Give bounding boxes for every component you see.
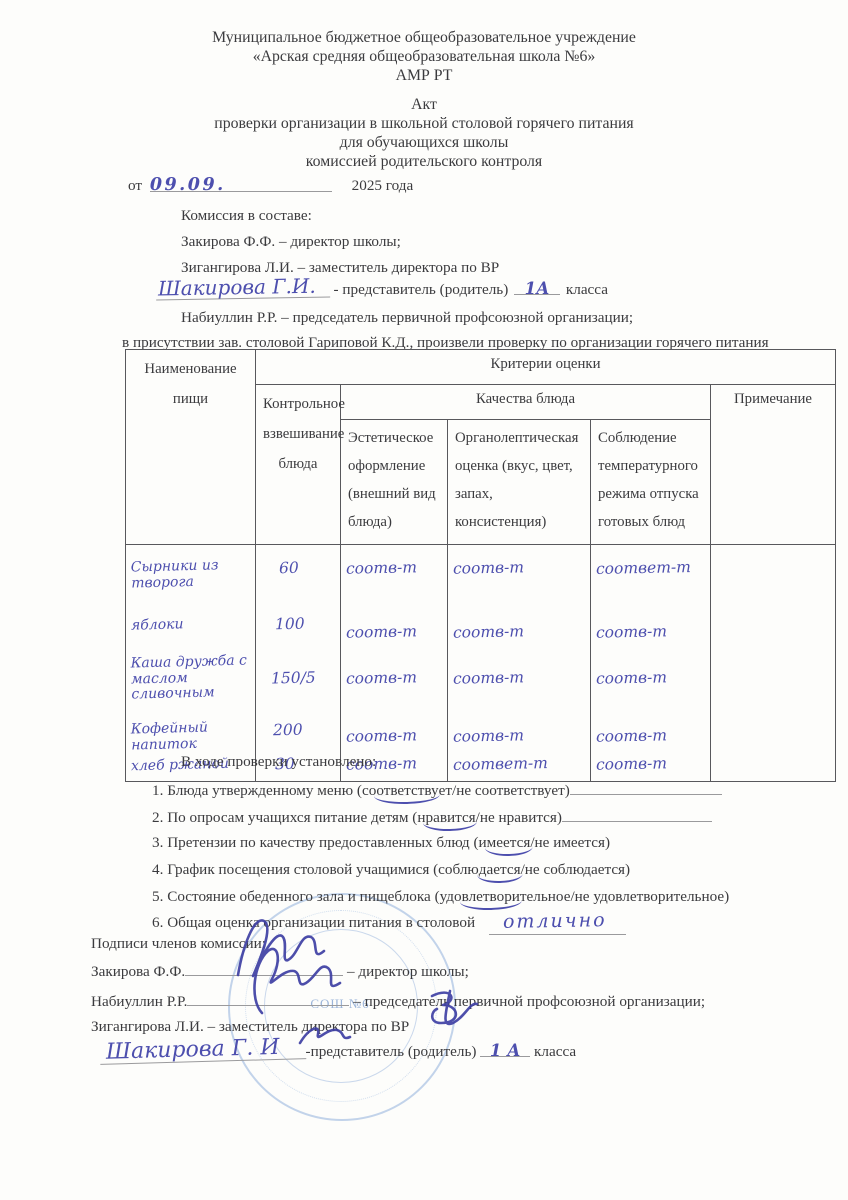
finding-text: 2. По опросам учащихся питание детям (н	[152, 809, 425, 826]
dish-column-cell: Сырники из творога яблоки Каша дружба с …	[126, 545, 256, 782]
signer-name-and-role: Зигангирова Л.И. – заместитель директора…	[91, 1018, 409, 1035]
finding-item-3: 3. Претензии по качеству предоставленных…	[152, 833, 610, 852]
finding-text: 5. Состояние обеденного зала и пищеблока…	[152, 888, 462, 905]
date-prefix: от	[128, 177, 142, 194]
organoleptic-column-cell: соотв-т соотв-т соотв-т соотв-т соответ-…	[448, 545, 591, 782]
parent-role-label: - представитель (родитель)	[334, 281, 509, 298]
esthetic-value: соотв-т	[346, 559, 417, 576]
signer-role: – председатель первичной профсоюзной орг…	[353, 993, 705, 1010]
weight-value: 100	[275, 616, 305, 633]
col-header-food: Наименование пищи	[126, 350, 256, 545]
col-header-note: Примечание	[711, 385, 836, 545]
signer-role: – директор школы;	[347, 963, 469, 980]
signature-row-2: Набиуллин Р.Р. – председатель первичной …	[91, 990, 705, 1011]
temperature-value: соответ-т	[596, 559, 691, 577]
pen-underlined-option: влетвори	[462, 887, 520, 906]
finding-text: /не нравится)	[476, 809, 562, 826]
weight-value: 60	[279, 560, 299, 576]
esthetic-value: соотв-т	[346, 669, 417, 686]
finding-text: 6. Общая оценка организации питания в ст…	[152, 914, 475, 931]
doc-title-line2: проверки организации в школьной столовой…	[0, 114, 848, 133]
signature-blank-line	[187, 990, 349, 1006]
signer-name: Закирова Ф.Ф.	[91, 963, 185, 980]
esthetic-column-cell: соотв-т соотв-т соотв-т соотв-т соотв-т	[341, 545, 448, 782]
signature-row-4: Шакирова Г. И-представитель (родитель) 1…	[100, 1040, 576, 1062]
col-header-quality: Качества блюда	[341, 385, 711, 420]
handwritten-date: 09.09.	[150, 175, 226, 195]
commission-member3-line: Шакирова Г.И. - представитель (родитель)…	[156, 278, 608, 299]
finding-item-4: 4. График посещения столовой учащимися (…	[152, 860, 630, 879]
finding-text: 3. Претензии по качеству предоставленных…	[152, 834, 487, 851]
esthetic-value: соотв-т	[346, 623, 417, 640]
finding-text: /не соблюдается)	[521, 861, 631, 878]
temperature-value: соотв-т	[596, 669, 667, 686]
doc-title-line1: Акт	[0, 95, 848, 114]
org-name-line2: «Арская средняя общеобразовательная школ…	[0, 47, 848, 66]
pen-underlined-option: равится	[425, 808, 475, 827]
commission-member4: Набиуллин Р.Р. – председатель первичной …	[181, 308, 633, 327]
class-suffix: класса	[534, 1043, 576, 1060]
handwritten-class: 1А	[525, 279, 550, 298]
weight-value: 150/5	[271, 670, 316, 687]
class-blank-line: 1А	[514, 279, 560, 295]
signature-row-3: Зигангирова Л.И. – заместитель директора…	[91, 1017, 409, 1036]
finding-text: 1. Блюда утвержденному меню (со	[152, 782, 376, 799]
signature-row-1: Закирова Ф.Ф. – директор школы;	[91, 960, 469, 981]
finding-text: тельное/не удовлетворительное)	[520, 888, 729, 905]
finding-text: /не имеется)	[530, 834, 610, 851]
signer-role: -представитель (родитель)	[306, 1043, 477, 1060]
temperature-value: соотв-т	[596, 623, 667, 640]
commission-member1: Закирова Ф.Ф. – директор школы;	[181, 232, 401, 251]
doc-title-line3: для обучающихся школы	[0, 133, 848, 152]
overall-rating-blank: отлично	[489, 912, 627, 935]
handwritten-overall-rating: отлично	[503, 911, 607, 932]
note-column-cell	[711, 545, 836, 782]
col-header-organoleptic: Органолептическая оценка (вкус, цвет, за…	[448, 420, 591, 545]
temperature-value: соотв-т	[596, 755, 667, 772]
date-suffix: 2025 года	[352, 177, 414, 194]
dish-name: Кофейный напиток	[131, 719, 251, 753]
finding-item-1: 1. Блюда утвержденному меню (соответству…	[152, 779, 722, 800]
finding-text: ет/не соответствует)	[439, 782, 570, 799]
scanned-document-page: СОШ №6 Муниципальное бюджетное общеобраз…	[0, 0, 848, 1200]
organoleptic-value: соотв-т	[453, 669, 524, 686]
findings-intro: В ходе проверки установлено:	[181, 752, 376, 771]
col-header-criteria: Критерии оценки	[256, 350, 836, 385]
blank-line	[562, 806, 712, 822]
pen-underlined-option: дается	[479, 860, 521, 879]
weight-value: 200	[273, 722, 303, 739]
signer-name: Набиуллин Р.Р.	[91, 993, 187, 1010]
class-blank-line: 1 А	[480, 1041, 530, 1057]
organoleptic-value: соотв-т	[453, 623, 524, 640]
pen-underlined-option: ответству	[376, 781, 438, 800]
organoleptic-value: соотв-т	[453, 559, 524, 576]
blank-line	[570, 779, 722, 795]
finding-item-6: 6. Общая оценка организации питания в ст…	[152, 912, 626, 935]
weight-column-cell: 60 100 150/5 200 30	[256, 545, 341, 782]
pen-underlined-option: меется	[487, 833, 531, 852]
organoleptic-value: соответ-т	[453, 755, 548, 773]
temperature-column-cell: соответ-т соотв-т соотв-т соотв-т соотв-…	[591, 545, 711, 782]
signature-blank-line	[185, 960, 343, 976]
temperature-value: соотв-т	[596, 727, 667, 744]
col-header-temperature: Соблюдение температурного режима отпуска…	[591, 420, 711, 545]
handwritten-class: 1 А	[490, 1041, 521, 1060]
handwritten-parent-name: Шакирова Г.И.	[156, 276, 330, 300]
dish-name: яблоки	[131, 617, 184, 634]
org-name-line3: АМР РТ	[0, 66, 848, 85]
org-name-line1: Муниципальное бюджетное общеобразователь…	[0, 28, 848, 47]
finding-text: 4. График посещения столовой учащимися (…	[152, 861, 479, 878]
date-blank-line: 09.09.	[150, 176, 332, 192]
inspection-table: Наименование пищи Критерии оценки Контро…	[125, 349, 836, 782]
handwritten-parent-signature-name: Шакирова Г. И	[100, 1037, 306, 1065]
finding-item-5: 5. Состояние обеденного зала и пищеблока…	[152, 887, 729, 906]
class-suffix: класса	[566, 281, 608, 298]
esthetic-value: соотв-т	[346, 727, 417, 744]
signatures-intro: Подписи членов комиссии:	[91, 934, 266, 953]
dish-name: Каша дружба с маслом сливочным	[130, 653, 250, 703]
dish-name: Сырники из творога	[131, 557, 251, 591]
date-line: от 09.09. 2025 года	[128, 176, 413, 195]
commission-intro: Комиссия в составе:	[181, 206, 312, 225]
doc-title-line4: комиссией родительского контроля	[0, 152, 848, 171]
commission-member2: Зигангирова Л.И. – заместитель директора…	[181, 258, 499, 277]
col-header-weighing: Контрольное взвешивание блюда	[256, 385, 341, 545]
col-header-esthetic: Эстетическое оформление (внешний вид блю…	[341, 420, 448, 545]
finding-item-2: 2. По опросам учащихся питание детям (нр…	[152, 806, 712, 827]
organoleptic-value: соотв-т	[453, 727, 524, 744]
